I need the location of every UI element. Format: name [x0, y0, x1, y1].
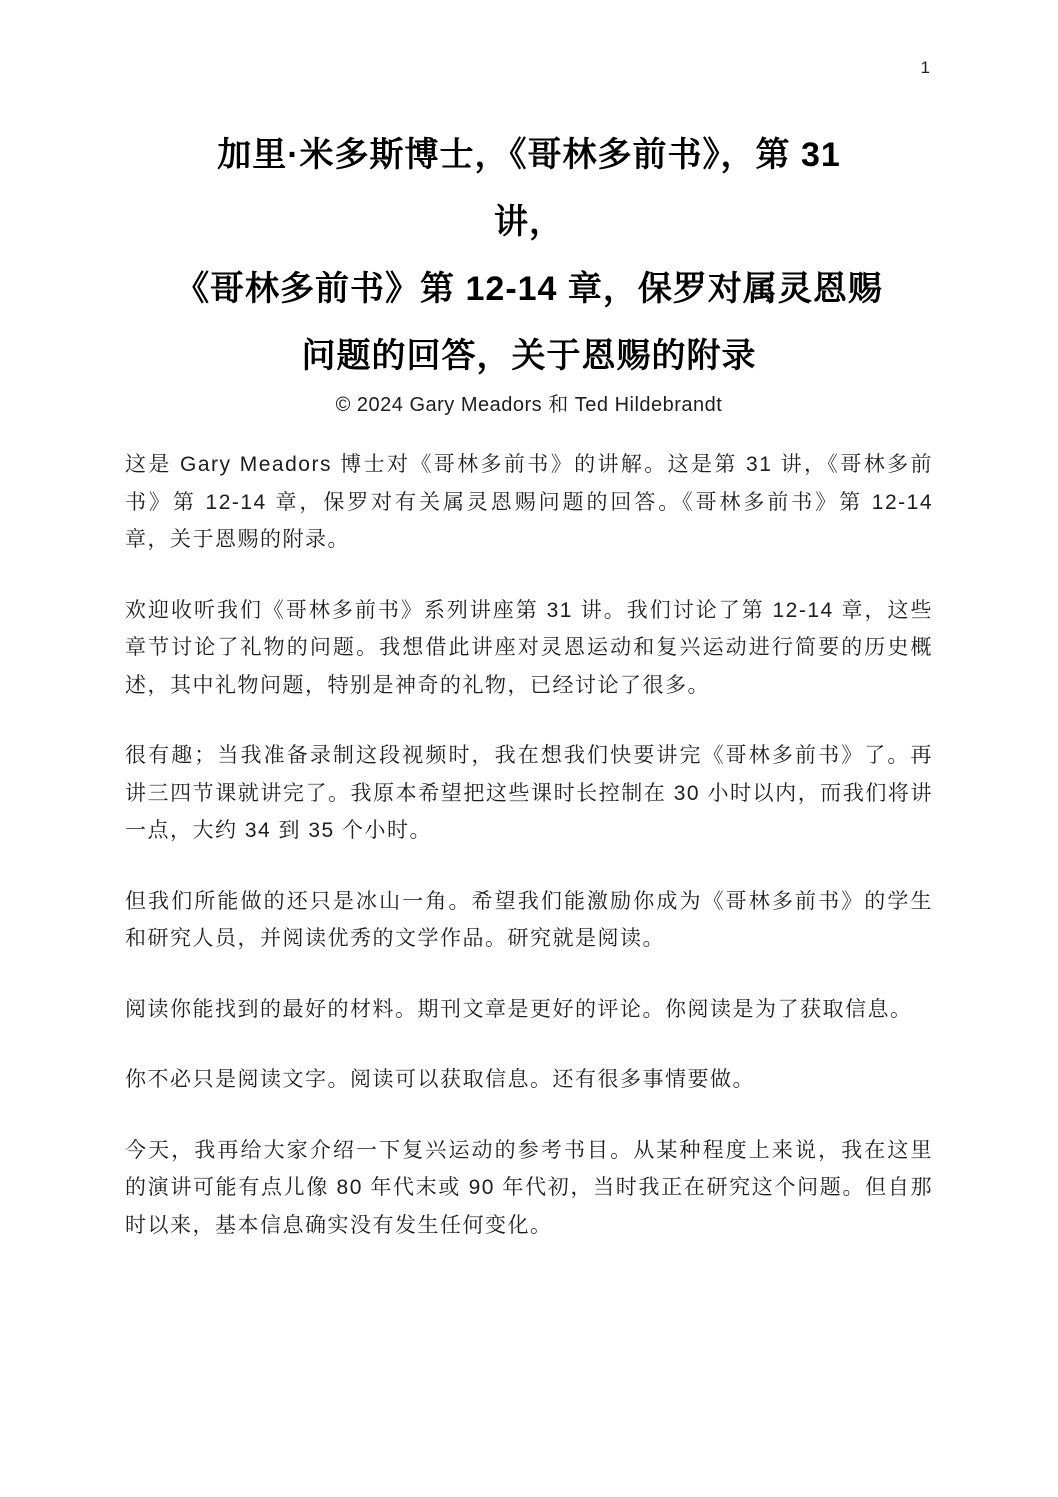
paragraph-5: 阅读你能找到的最好的材料。期刊文章是更好的评论。你阅读是为了获取信息。: [125, 991, 933, 1029]
document-page: 1 加里·米多斯博士，《哥林多前书》，第 31 讲， 《哥林多前书》第 12-1…: [0, 0, 1058, 1497]
copyright-line: © 2024 Gary Meadors 和 Ted Hildebrandt: [0, 390, 1058, 420]
paragraph-6: 你不必只是阅读文字。阅读可以获取信息。还有很多事情要做。: [125, 1061, 933, 1099]
paragraph-7: 今天，我再给大家介绍一下复兴运动的参考书目。从某种程度上来说，我在这里的演讲可能…: [125, 1132, 933, 1245]
paragraph-4: 但我们所能做的还只是冰山一角。希望我们能激励你成为《哥林多前书》的学生和研究人员…: [125, 883, 933, 958]
paragraph-2: 欢迎收听我们《哥林多前书》系列讲座第 31 讲。我们讨论了第 12-14 章，这…: [125, 592, 933, 705]
title-line-1: 加里·米多斯博士，《哥林多前书》，第 31: [89, 122, 969, 189]
document-title: 加里·米多斯博士，《哥林多前书》，第 31 讲， 《哥林多前书》第 12-14 …: [89, 122, 969, 390]
title-line-3: 《哥林多前书》第 12-14 章，保罗对属灵恩赐: [89, 256, 969, 323]
title-line-4: 问题的回答，关于恩赐的附录: [89, 323, 969, 390]
title-line-2: 讲，: [89, 189, 969, 256]
paragraph-1: 这是 Gary Meadors 博士对《哥林多前书》的讲解。这是第 31 讲，《…: [125, 446, 933, 559]
document-body: 这是 Gary Meadors 博士对《哥林多前书》的讲解。这是第 31 讲，《…: [125, 446, 933, 1244]
paragraph-3: 很有趣；当我准备录制这段视频时，我在想我们快要讲完《哥林多前书》了。再讲三四节课…: [125, 737, 933, 850]
page-number: 1: [921, 57, 930, 79]
